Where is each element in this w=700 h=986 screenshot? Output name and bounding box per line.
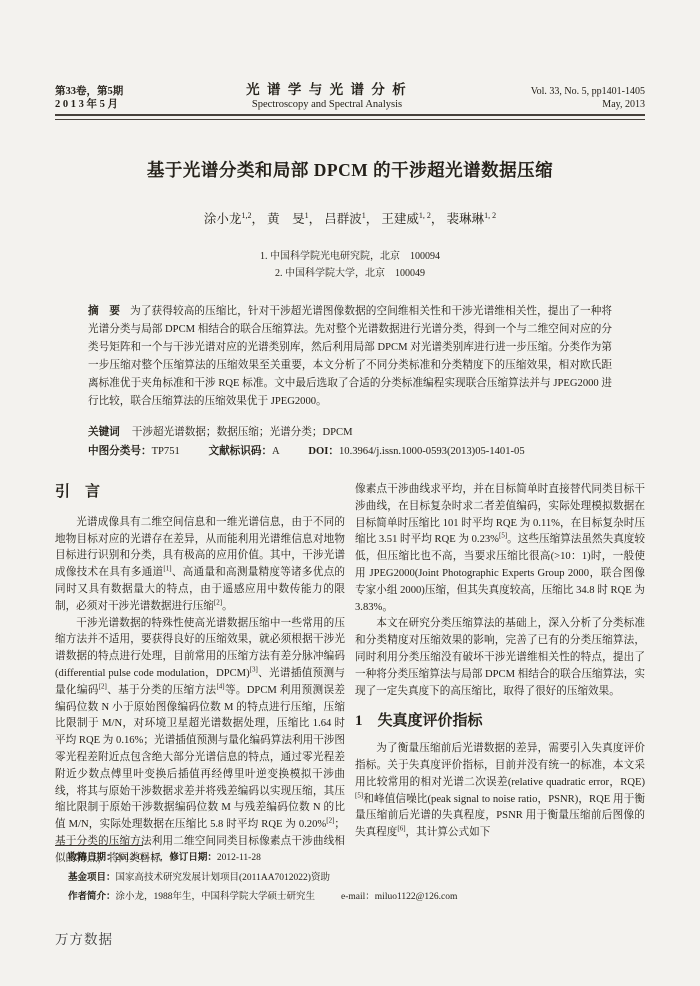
volume-issue-cn: 第33卷，第5期	[55, 85, 123, 98]
funding-line: 基金项目：国家高技术研究发展计划项目(2011AA7012022)资助	[55, 869, 645, 889]
section-1-paragraph: 为了衡量压缩前后光谱数据的差异，需要引入失真度评价指标。关于失真度评价指标，目前…	[355, 741, 645, 842]
left-column: 引 言 光谱成像具有二维空间信息和一维光谱信息，由于不同的地物目标对应的光谱存在…	[55, 482, 345, 874]
author-bio-line: 作者简介：涂小龙，1988年生，中国科学院大学硕士研究生e-mail：miluo…	[55, 888, 645, 908]
header-center: 光 谱 学 与 光 谱 分 析 Spectroscopy and Spectra…	[246, 78, 408, 111]
affiliations: 1. 中国科学院光电研究院，北京 100094 2. 中国科学院大学，北京 10…	[55, 248, 645, 282]
abstract: 摘 要为了获得较高的压缩比，针对干涉超光谱图像数据的空间维相关性和干涉光谱维相关…	[88, 303, 612, 411]
document-code: 文献标识码：A	[208, 446, 279, 457]
author: 裴琳琳1, 2	[447, 212, 497, 226]
page-content: 第33卷，第5期 2 0 1 3 年 5 月 光 谱 学 与 光 谱 分 析 S…	[55, 0, 645, 874]
journal-title-cn: 光 谱 学 与 光 谱 分 析	[246, 78, 408, 98]
abstract-block: 摘 要为了获得较高的压缩比，针对干涉超光谱图像数据的空间维相关性和干涉光谱维相关…	[88, 303, 612, 458]
author: 涂小龙1,2，	[204, 212, 264, 226]
affiliation: 2. 中国科学院大学，北京 100049	[55, 265, 645, 282]
issue-date-en: May, 2013	[531, 98, 645, 111]
header-left: 第33卷，第5期 2 0 1 3 年 5 月	[55, 85, 123, 111]
abstract-label: 摘 要	[88, 306, 120, 317]
header-right: Vol. 33, No. 5, pp1401-1405 May, 2013	[531, 85, 645, 111]
keywords-text: 干涉超光谱数据；数据压缩；光谱分类；DPCM	[132, 427, 353, 438]
paper-title: 基于光谱分类和局部 DPCM 的干涉超光谱数据压缩	[55, 157, 645, 182]
abstract-text: 为了获得较高的压缩比，针对干涉超光谱图像数据的空间维相关性和干涉光谱维相关性，提…	[88, 306, 612, 407]
clc-number: 中图分类号：TP751	[88, 446, 180, 457]
authors-line: 涂小龙1,2， 黄 旻1， 吕群波1， 王建威1, 2， 裴琳琳1, 2	[55, 209, 645, 227]
intro-paragraph-2: 干涉光谱数据的特殊性使高光谱数据压缩中一些常用的压缩方法并不适用，要获得良好的压…	[55, 616, 345, 868]
affiliation: 1. 中国科学院光电研究院，北京 100094	[55, 248, 645, 265]
footnotes: 收稿日期：2012-09-17，修订日期：2012-11-28 基金项目：国家高…	[55, 845, 645, 908]
intro-paragraph-1: 光谱成像具有二维空间信息和一维光谱信息，由于不同的地物目标对应的光谱存在差异，从…	[55, 515, 345, 616]
wanfang-watermark: 万方数据	[55, 928, 113, 948]
section-1-heading: 1 失真度评价指标	[355, 713, 645, 730]
journal-title-en: Spectroscopy and Spectral Analysis	[246, 98, 408, 111]
footnote-rule	[55, 845, 143, 846]
meta-line: 中图分类号：TP751 文献标识码：A DOI：10.3964/j.issn.1…	[88, 443, 612, 458]
doi: DOI：10.3964/j.issn.1000-0593(2013)05-140…	[308, 446, 524, 457]
author: 吕群波1，	[324, 212, 378, 226]
intro-paragraph-3: 本文在研究分类压缩算法的基础上，深入分析了分类标准和分类精度对压缩效果的影响，完…	[355, 616, 645, 700]
author: 黄 旻1，	[267, 212, 321, 226]
volume-info-en: Vol. 33, No. 5, pp1401-1405	[531, 85, 645, 98]
keywords-line: 关键词干涉超光谱数据；数据压缩；光谱分类；DPCM	[88, 424, 612, 439]
journal-header: 第33卷，第5期 2 0 1 3 年 5 月 光 谱 学 与 光 谱 分 析 S…	[55, 78, 645, 111]
author-email: e-mail：miluo1122@126.com	[341, 892, 457, 902]
received-date-line: 收稿日期：2012-09-17，修订日期：2012-11-28	[55, 849, 645, 869]
issue-date-cn: 2 0 1 3 年 5 月	[55, 98, 123, 111]
header-rule	[55, 114, 645, 120]
author: 王建威1, 2，	[381, 212, 443, 226]
keywords-label: 关键词	[88, 427, 120, 438]
intro-heading: 引 言	[55, 484, 345, 501]
right-column: 像素点干涉曲线求平均，并在目标简单时直接替代同类目标干涉曲线，在目标复杂时求二者…	[355, 482, 645, 874]
intro-paragraph-continuation: 像素点干涉曲线求平均，并在目标简单时直接替代同类目标干涉曲线，在目标复杂时求二者…	[355, 482, 645, 616]
body-columns: 引 言 光谱成像具有二维空间信息和一维光谱信息，由于不同的地物目标对应的光谱存在…	[55, 482, 645, 874]
paper-page: 第33卷，第5期 2 0 1 3 年 5 月 光 谱 学 与 光 谱 分 析 S…	[0, 0, 700, 986]
